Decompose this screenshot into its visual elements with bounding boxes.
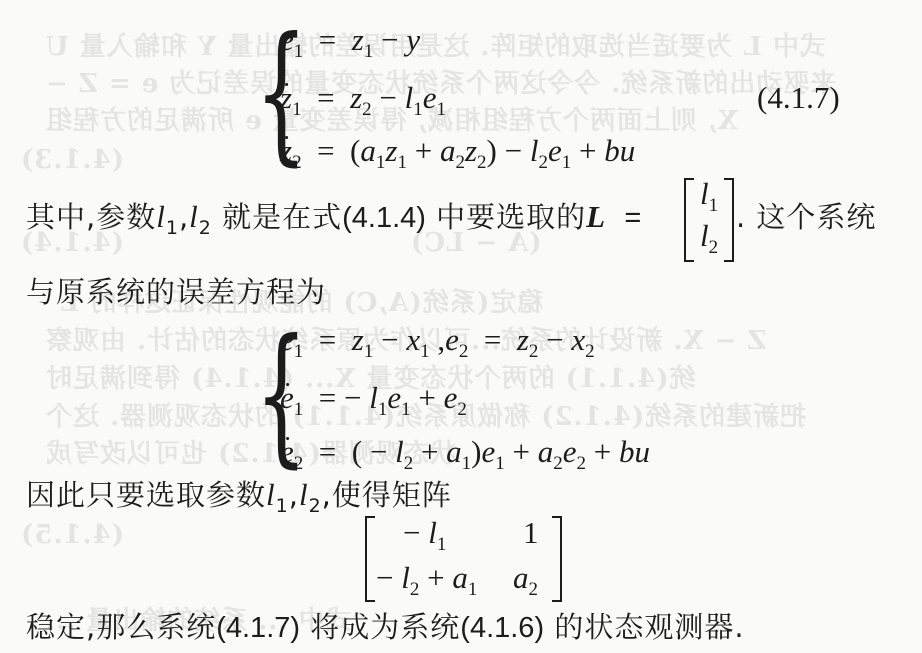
- vector-entry: l1: [700, 176, 718, 212]
- equation-line: z1 = z2 − l1e1: [280, 80, 446, 116]
- paragraph-text: 其中,参数l1,l2 就是在式(4.1.4) 中要选取的L =: [26, 195, 649, 236]
- matrix-cell: a2: [513, 560, 538, 596]
- left-bracket: [365, 516, 375, 602]
- matrix-cell: 1: [523, 515, 539, 551]
- equation-line: e1 = − l1e1 + e2: [280, 380, 467, 416]
- equation-line: z2 = (a1z1 + a2z2) − l2e1 + bu: [280, 133, 635, 169]
- bleed-through-line: 式中 L 为要适当选取的矩阵. 这是用误差的输出量 Y 和输入量 U: [45, 26, 826, 63]
- equation-line: e2 = ( − l2 + a1)e1 + a2e2 + bu: [280, 434, 650, 470]
- equation-number: (4.1.7): [757, 80, 840, 116]
- paragraph-text: 因此只要选取参数l1,l2,使得矩阵: [26, 473, 452, 514]
- document-page: 式中 L 为要适当选取的矩阵. 这是用误差的输出量 Y 和输入量 U 来驱动出的…: [0, 0, 922, 653]
- matrix-cell: − l1: [403, 515, 446, 551]
- equation-line: e1 = z1 − x1 ,e2 = z2 − x2: [280, 322, 595, 358]
- bleed-through-line: (4.1.3): [20, 145, 124, 175]
- right-bracket: [552, 516, 562, 602]
- matrix-cell: − l2 + a1: [376, 560, 477, 596]
- equation-line: e1 = z1 − y: [280, 22, 420, 58]
- bleed-through-line: (4.1.5): [20, 520, 124, 550]
- paragraph-text: . 这个系统: [736, 195, 876, 236]
- paragraph-text: 与原系统的误差方程为: [26, 270, 326, 311]
- paragraph-text: 稳定,那么系统(4.1.7) 将成为系统(4.1.6) 的状态观测器.: [26, 605, 745, 646]
- left-bracket: [684, 178, 694, 262]
- right-bracket: [724, 178, 734, 262]
- vector-entry: l2: [700, 218, 718, 254]
